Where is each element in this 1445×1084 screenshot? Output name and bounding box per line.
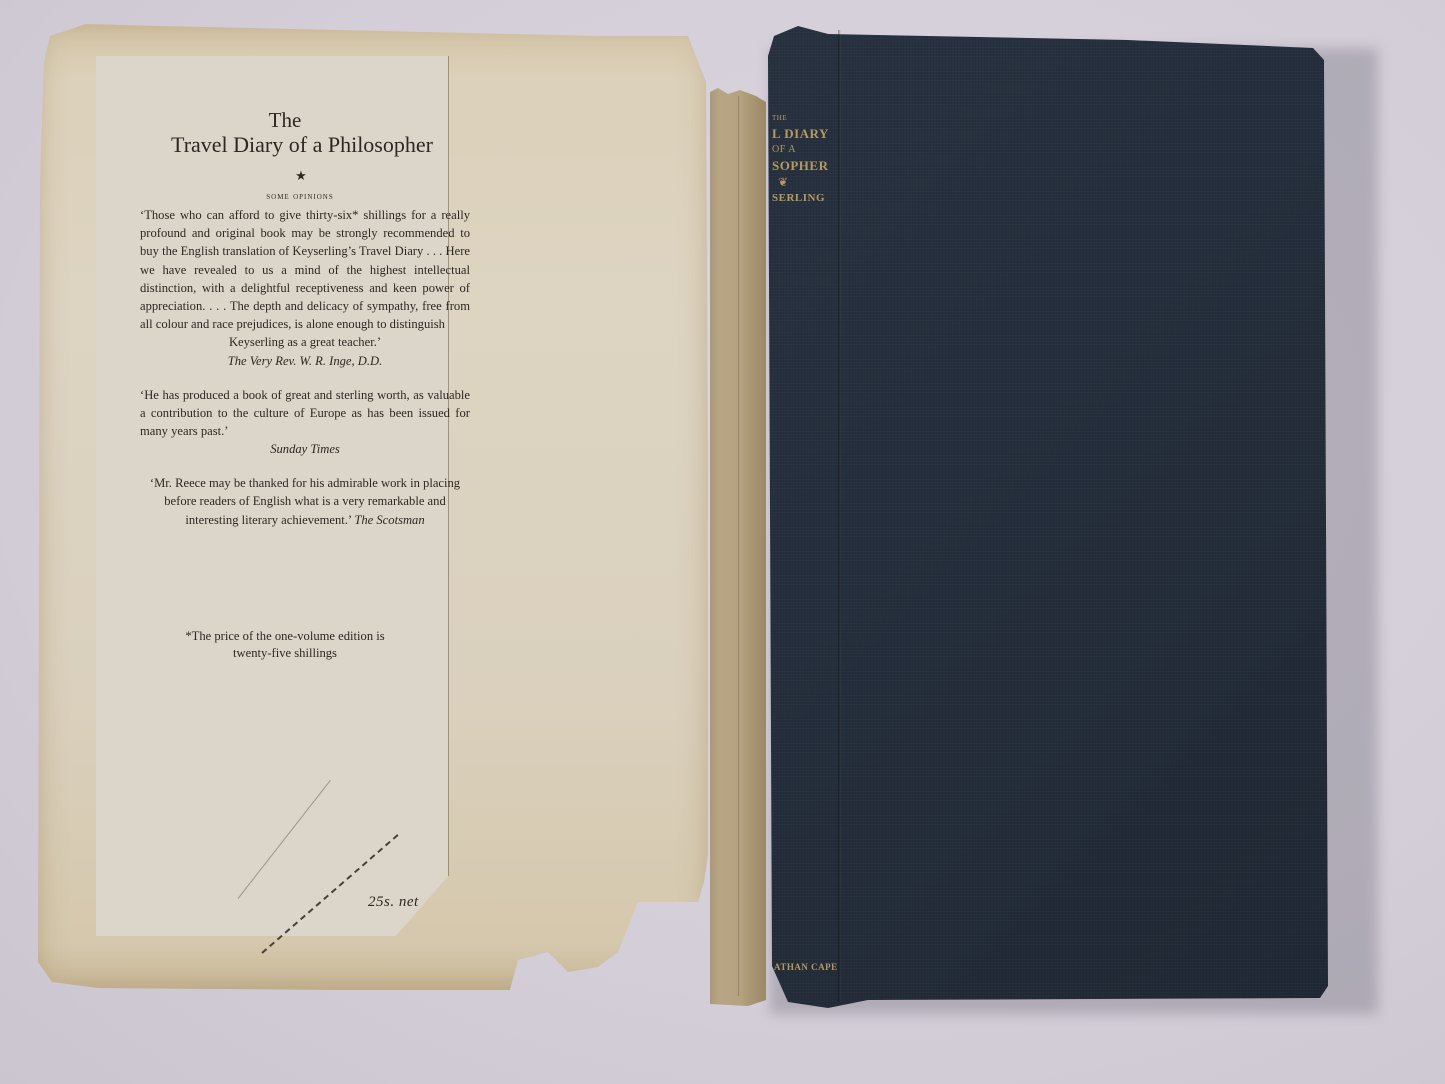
title-the: The <box>100 108 470 132</box>
spine-line-1: THE <box>772 110 836 126</box>
quote-text-end: Keyserling as a great teacher.’ <box>140 333 470 351</box>
quote-attribution: The Very Rev. W. R. Inge, D.D. <box>140 352 470 370</box>
quote-text: ‘Those who can afford to give thirty-six… <box>140 208 470 331</box>
spine-publisher: ATHAN CAPE <box>774 962 838 972</box>
quote-attribution: Sunday Times <box>140 440 470 458</box>
jacket-spine-strip <box>708 88 766 1006</box>
spine-line-2: L DIARY <box>772 126 836 142</box>
jacket-spine-fold <box>738 96 739 996</box>
spine-author: SERLING <box>772 190 836 206</box>
price-label: 25s. net <box>368 894 419 911</box>
quote-sunday-times: ‘He has produced a book of great and ste… <box>140 386 470 459</box>
price-footnote: *The price of the one-volume edition is … <box>120 628 450 662</box>
spine-line-4: SOPHER <box>772 158 836 174</box>
spine-ornament-icon: ❦ <box>772 174 836 190</box>
footnote-line-2: twenty-five shillings <box>120 645 450 662</box>
spine-hinge <box>838 30 841 1002</box>
flap-text-block: The Travel Diary of a Philosopher ★ Some… <box>140 108 470 529</box>
section-heading: Some Opinions <box>130 192 470 202</box>
spine-title: THE L DIARY OF A SOPHER ❦ SERLING <box>772 110 836 206</box>
footnote-line-1: *The price of the one-volume edition is <box>120 628 450 645</box>
cloth-book-cover <box>768 26 1328 1008</box>
book-title: Travel Diary of a Philosopher <box>134 132 470 158</box>
quote-attribution: The Scotsman <box>354 513 424 527</box>
star-ornament-icon: ★ <box>132 168 470 184</box>
quote-inge: ‘Those who can afford to give thirty-six… <box>140 206 470 370</box>
quote-scotsman: ‘Mr. Reece may be thanked for his admira… <box>140 474 470 529</box>
quote-text: ‘He has produced a book of great and ste… <box>140 388 470 438</box>
spine-line-3: OF A <box>772 142 836 158</box>
